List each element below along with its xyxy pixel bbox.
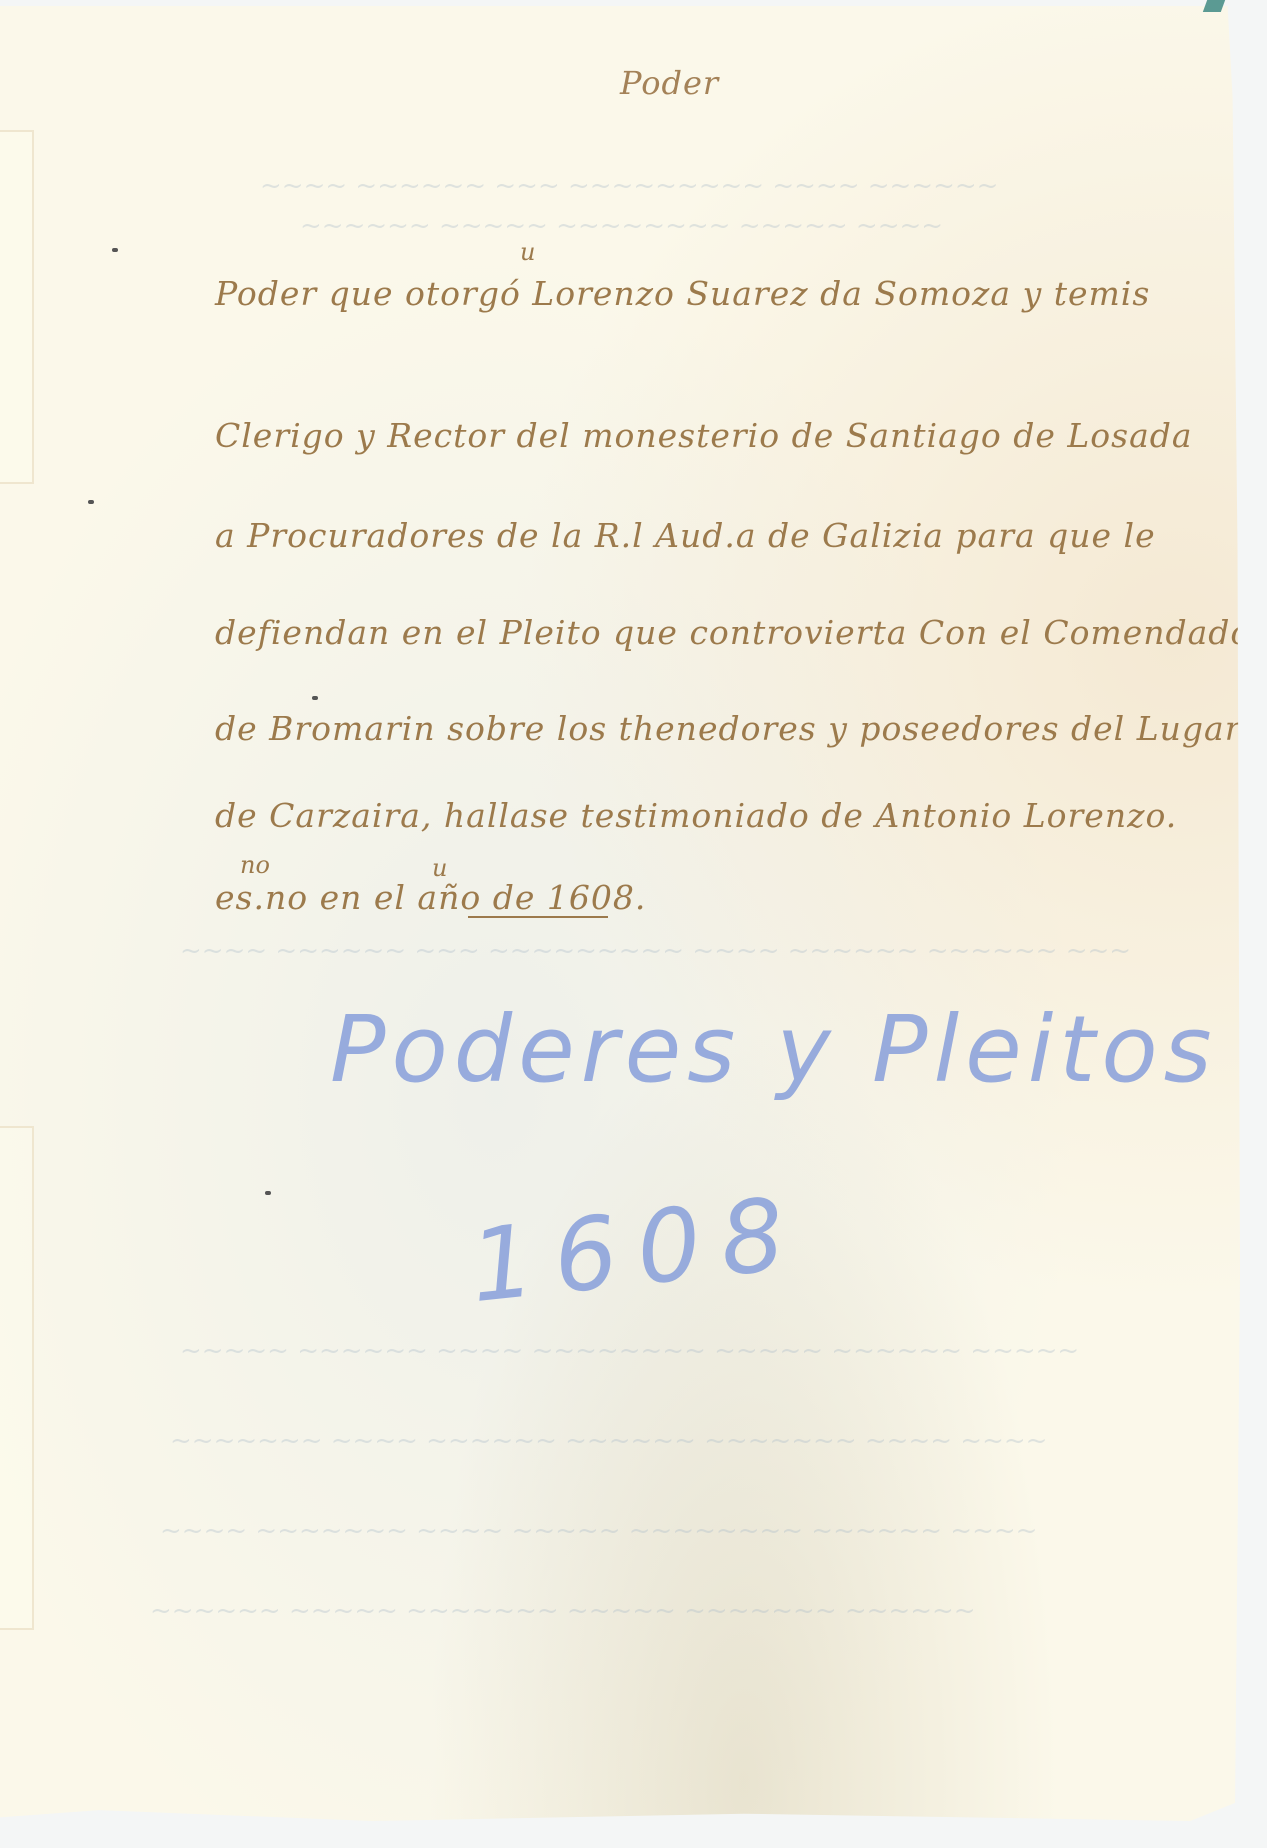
text-line-7: es.no en el año de 1608. — [215, 878, 646, 917]
superscript-mark: u — [520, 238, 535, 266]
binding-strap-bottom — [0, 1126, 34, 1630]
superscript-mark: u — [432, 854, 447, 882]
year-underline — [468, 916, 608, 918]
bleed-through-text: ~~~~~~~ ~~~~ ~~~~~~ ~~~~~~ ~~~~~~~ ~~~~ … — [170, 1426, 1047, 1456]
bleed-through-text: ~~~~ ~~~~~~ ~~~ ~~~~~~~~~ ~~~~ ~~~~~~ — [260, 171, 998, 201]
text-line-5: de Bromarin sobre los thenedores y posee… — [215, 709, 1241, 748]
text-line-4: defiendan en el Pleito que controvierta … — [215, 613, 1267, 652]
text-line-6: de Carzaira, hallase testimoniado de Ant… — [215, 796, 1177, 835]
bleed-through-text: ~~~~ ~~~~~~~ ~~~~ ~~~~~ ~~~~~~~~ ~~~~~~ … — [160, 1516, 1037, 1546]
text-line-1: Poder que otorgó Lorenzo Suarez da Somoz… — [215, 274, 1150, 313]
text-line-3: a Procuradores de la R.l Aud.a de Galizi… — [215, 516, 1156, 555]
bleed-through-text: ~~~~~ ~~~~~~ ~~~~ ~~~~~~~~ ~~~~~ ~~~~~~ … — [180, 1336, 1079, 1366]
bleed-through-text: ~~~~~~ ~~~~~ ~~~~~~~~ ~~~~~ ~~~~ — [300, 211, 943, 241]
superscript-mark: no — [240, 851, 270, 879]
ink-speck — [312, 696, 318, 700]
date-line: es.no en el año de 1608. — [215, 878, 646, 917]
pencil-annotation-title: Poderes y Pleitos — [330, 996, 1218, 1103]
bleed-through-text: ~~~~~~ ~~~~~ ~~~~~~~ ~~~~~ ~~~~~~~ ~~~~~… — [150, 1596, 976, 1626]
ink-speck — [88, 500, 94, 504]
ink-speck — [112, 248, 118, 252]
manuscript-page: ~~~~ ~~~~~~ ~~~ ~~~~~~~~~ ~~~~ ~~~~~~ ~~… — [0, 6, 1240, 1821]
ink-speck — [265, 1191, 271, 1195]
bleed-through-text: ~~~~ ~~~~~~ ~~~ ~~~~~~~~~ ~~~~ ~~~~~~ ~~… — [180, 936, 1131, 966]
binding-strap-top — [0, 130, 34, 484]
pencil-annotation-year: 1608 — [465, 1174, 810, 1325]
document-heading: Poder — [620, 64, 719, 102]
text-line-2: Clerigo y Rector del monesterio de Santi… — [215, 416, 1193, 455]
